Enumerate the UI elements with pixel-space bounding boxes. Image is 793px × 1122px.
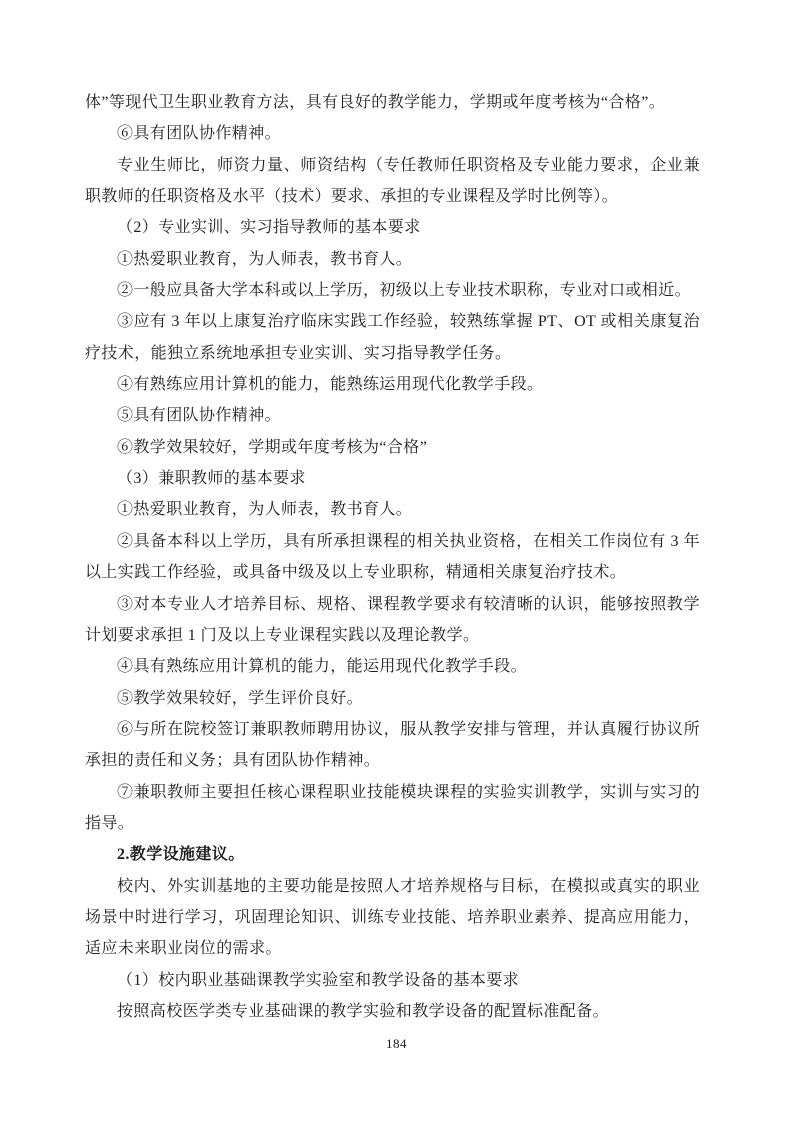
list-item: ①热爱职业教育，为人师表，教书育人。 (85, 494, 700, 525)
list-item: ⑤具有团队协作精神。 (85, 400, 700, 431)
section-heading-teaching-facilities: 2.教学设施建议。 (85, 839, 700, 870)
subheading-part-time-teachers: （3）兼职教师的基本要求 (85, 463, 700, 494)
document-body: 体”等现代卫生职业教育方法，具有良好的教学能力，学期或年度考核为“合格”。 ⑥具… (85, 87, 700, 1027)
list-item: ⑥与所在院校签订兼职教师聘用协议，服从教学安排与管理，并认真履行协议所承担的责任… (85, 714, 700, 777)
paragraph-continuation: 体”等现代卫生职业教育方法，具有良好的教学能力，学期或年度考核为“合格”。 (85, 87, 700, 118)
list-item: ③对本专业人才培养目标、规格、课程教学要求有较清晰的认识，能够按照教学计划要求承… (85, 589, 700, 652)
subheading-campus-lab-requirements: （1）校内职业基础课教学实验室和教学设备的基本要求 (85, 965, 700, 996)
paragraph-faculty-structure: 专业生师比，师资力量、师资结构（专任教师任职资格及专业能力要求，企业兼职教师的任… (85, 150, 700, 213)
list-item: ①热爱职业教育，为人师表，教书育人。 (85, 244, 700, 275)
list-item: ②具备本科以上学历，具有所承担课程的相关执业资格，在相关工作岗位有 3 年以上实… (85, 526, 700, 589)
paragraph-equipment-standard: 按照高校医学类专业基础课的教学实验和教学设备的配置标准配备。 (85, 996, 700, 1027)
list-item: ④有熟练应用计算机的能力，能熟练运用现代化教学手段。 (85, 369, 700, 400)
list-item: ⑦兼职教师主要担任核心课程职业技能模块课程的实验实训教学，实训与实习的指导。 (85, 777, 700, 840)
page-number: 184 (0, 1036, 793, 1052)
list-item-team-spirit: ⑥具有团队协作精神。 (85, 118, 700, 149)
list-item: ④具有熟练应用计算机的能力，能运用现代化教学手段。 (85, 651, 700, 682)
list-item: ⑥教学效果较好，学期或年度考核为“合格” (85, 432, 700, 463)
list-item: ③应有 3 年以上康复治疗临床实践工作经验，较熟练掌握 PT、OT 或相关康复治… (85, 306, 700, 369)
subheading-practical-training-teachers: （2）专业实训、实习指导教师的基本要求 (85, 212, 700, 243)
list-item: ②一般应具备大学本科或以上学历，初级以上专业技术职称，专业对口或相近。 (85, 275, 700, 306)
document-page: 体”等现代卫生职业教育方法，具有良好的教学能力，学期或年度考核为“合格”。 ⑥具… (0, 0, 793, 1122)
list-item: ⑤教学效果较好，学生评价良好。 (85, 683, 700, 714)
paragraph-training-base-function: 校内、外实训基地的主要功能是按照人才培养规格与目标，在模拟或真实的职业场景中时进… (85, 871, 700, 965)
